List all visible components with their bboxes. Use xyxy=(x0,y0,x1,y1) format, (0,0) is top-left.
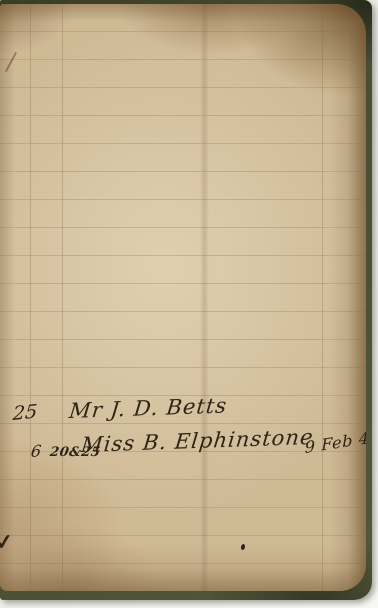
ink-blot xyxy=(240,544,246,551)
ruled-lines xyxy=(0,4,366,591)
entry-number: 6 xyxy=(30,441,42,461)
entry-number: 25 xyxy=(12,401,38,425)
scanned-ledger-photo: 25 Mr J. D. Betts 6 20&25 Miss B. Elphin… xyxy=(0,0,378,608)
pencil-mark xyxy=(5,52,17,72)
margin-line-left-outer xyxy=(30,4,31,591)
check-mark: ✓ xyxy=(0,528,15,555)
page-crease xyxy=(200,4,209,591)
margin-line-left-inner xyxy=(62,4,63,591)
entry-name: Miss B. Elphinstone xyxy=(80,425,315,457)
margin-line-right xyxy=(322,4,323,591)
ledger-page: 25 Mr J. D. Betts 6 20&25 Miss B. Elphin… xyxy=(0,4,366,591)
